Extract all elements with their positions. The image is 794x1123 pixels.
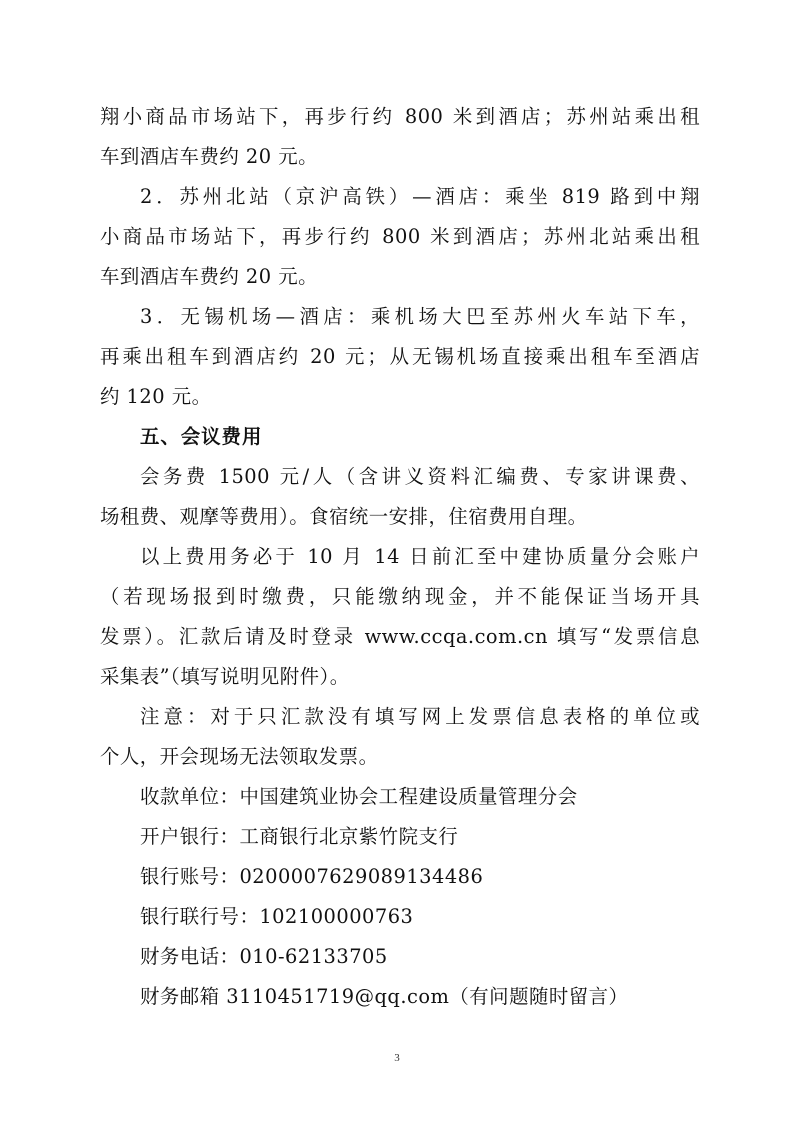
bank-value: 工商银行北京紫竹院支行 [239,825,458,848]
account-number-row: 银行账号：0200007629089134486 [100,857,700,897]
payee-value: 中国建筑业协会工程建设质量管理分会 [239,785,577,808]
text-line: 小商品市场站下，再步行约 800 米到酒店；苏州北站乘出租 [100,217,700,257]
paragraph-transport-3: 3．无锡机场—酒店：乘机场大巴至苏州火车站下车， 再乘出租车到酒店约 20 元；… [100,297,700,417]
finance-email-value: 3110451719@qq.com（有问题随时留言） [226,985,628,1008]
text-line: （若现场报到时缴费，只能缴纳现金，并不能保证当场开具 [100,577,700,617]
bank-row: 开户银行：工商银行北京紫竹院支行 [100,817,700,857]
account-number-value: 0200007629089134486 [239,865,483,888]
text-line: 发票）。汇款后请及时登录 www.ccqa.com.cn 填写“发票信息 [100,617,700,657]
text-line: 场租费、观摩等费用）。食宿统一安排，住宿费用自理。 [100,497,700,537]
text-line: 翔小商品市场站下，再步行约 800 米到酒店；苏州站乘出租 [100,97,700,137]
text-line: 会务费 1500 元/人（含讲义资料汇编费、专家讲课费、 [100,457,700,497]
section-heading-meeting-fees: 五、会议费用 [100,417,700,457]
page-number: 3 [0,1052,794,1064]
bank-code-value: 102100000763 [259,905,413,928]
text-line: 采集表”（填写说明见附件）。 [100,657,700,697]
text-line: 3．无锡机场—酒店：乘机场大巴至苏州火车站下车， [100,297,700,337]
payee-label: 收款单位： [140,785,239,808]
bank-code-row: 银行联行号：102100000763 [100,897,700,937]
text-line: 2．苏州北站（京沪高铁）—酒店：乘坐 819 路到中翔 [100,177,700,217]
finance-email-row: 财务邮箱 3110451719@qq.com（有问题随时留言） [100,977,700,1017]
bank-code-label: 银行联行号： [140,905,259,928]
finance-phone-value: 010-62133705 [239,945,387,968]
paragraph-fee-amount: 会务费 1500 元/人（含讲义资料汇编费、专家讲课费、 场租费、观摩等费用）。… [100,457,700,537]
account-number-label: 银行账号： [140,865,239,888]
text-line: 注意：对于只汇款没有填写网上发票信息表格的单位或 [100,697,700,737]
text-line: 再乘出租车到酒店约 20 元；从无锡机场直接乘出租车至酒店 [100,337,700,377]
paragraph-transport-1-continued: 翔小商品市场站下，再步行约 800 米到酒店；苏州站乘出租 车到酒店车费约 20… [100,97,700,177]
paragraph-fee-deadline: 以上费用务必于 10 月 14 日前汇至中建协质量分会账户 （若现场报到时缴费，… [100,537,700,697]
text-line: 车到酒店车费约 20 元。 [100,257,700,297]
payee-row: 收款单位：中国建筑业协会工程建设质量管理分会 [100,777,700,817]
finance-email-label: 财务邮箱 [140,985,226,1008]
bank-label: 开户银行： [140,825,239,848]
text-line: 个人，开会现场无法领取发票。 [100,737,700,777]
text-line: 约 120 元。 [100,377,700,417]
finance-phone-label: 财务电话： [140,945,239,968]
finance-phone-row: 财务电话：010-62133705 [100,937,700,977]
text-line: 车到酒店车费约 20 元。 [100,137,700,177]
payment-info-list: 收款单位：中国建筑业协会工程建设质量管理分会 开户银行：工商银行北京紫竹院支行 … [100,777,700,1017]
document-page: 翔小商品市场站下，再步行约 800 米到酒店；苏州站乘出租 车到酒店车费约 20… [100,97,700,1017]
text-line: 以上费用务必于 10 月 14 日前汇至中建协质量分会账户 [100,537,700,577]
paragraph-transport-2: 2．苏州北站（京沪高铁）—酒店：乘坐 819 路到中翔 小商品市场站下，再步行约… [100,177,700,297]
paragraph-invoice-notice: 注意：对于只汇款没有填写网上发票信息表格的单位或 个人，开会现场无法领取发票。 [100,697,700,777]
